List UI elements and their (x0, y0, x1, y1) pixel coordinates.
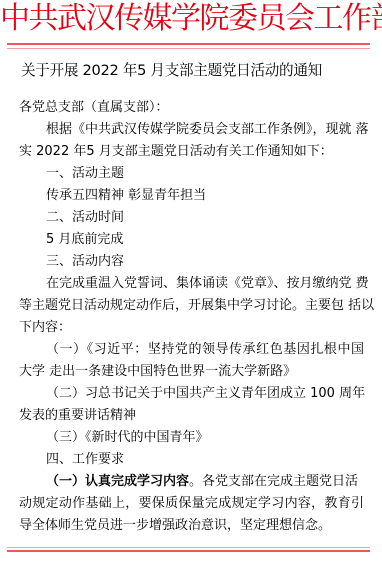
document-body: 各党总支部（直属支部）： 根据《中共武汉传媒学院委员会支部工作条例》，现就 落 … (19, 97, 364, 537)
section-heading-content: 三、活动内容 (19, 251, 364, 273)
content-item-1-line-2: 大学 走出一条建设中国特色世界一流大学新路》 (19, 361, 364, 383)
content-paragraph-line-2: 等主题党日活动规定动作后，开展集中学习讨论。主要包 括以 (19, 295, 364, 317)
intro-line-2: 实 2022 年5 月支部主题党日活动有关工作通知如下： (19, 141, 364, 163)
content-paragraph-line-1: 在完成重温入党誓词、集体诵读《党章》、按月缴纳党 费 (19, 273, 364, 295)
header-rule-thick (7, 43, 370, 45)
requirement-item-1-lead: （一）认真完成学习内容 (46, 474, 189, 489)
footer-rule-thick (7, 550, 370, 552)
requirement-item-1-rest: 。各党支部在完成主题党日活 (189, 474, 358, 489)
section-content-theme: 传承五四精神 彰显青年担当 (19, 185, 364, 207)
content-item-3: （三）《新时代的中国青年》 (19, 427, 364, 449)
requirement-item-1-line-3: 导全体师生党员进一步增强政治意识，坚定理想信念。 (19, 515, 364, 537)
section-heading-requirements: 四、工作要求 (19, 449, 364, 471)
content-paragraph-line-3: 下内容： (19, 317, 364, 339)
content-item-2-line-1: （二）习总书记关于中国共产主义青年团成立 100 周年 (19, 383, 364, 405)
intro-line-1: 根据《中共武汉传媒学院委员会支部工作条例》，现就 落 (19, 119, 364, 141)
section-heading-theme: 一、活动主题 (19, 163, 364, 185)
section-heading-time: 二、活动时间 (19, 207, 364, 229)
requirement-item-1-line-2: 动规定动作基础上，要保质保量完成规定学习内容，教育引 (19, 493, 364, 515)
header-rule-thin (7, 48, 370, 49)
requirement-item-1-line-1: （一）认真完成学习内容。各党支部在完成主题党日活 (19, 471, 364, 493)
content-item-2-line-2: 发表的重要讲话精神 (19, 405, 364, 427)
section-content-time: 5 月底前完成 (19, 229, 364, 251)
footer-rule-thin (7, 547, 370, 548)
document-title: 关于开展 2022 年5 月支部主题党日活动的通知 (21, 61, 322, 81)
content-item-1-line-1: （一）《习近平：坚持党的领导传承红色基因扎根中国 (19, 339, 364, 361)
org-header-title: 中共武汉传媒学院委员会工作部 (0, 2, 382, 36)
salutation: 各党总支部（直属支部）： (19, 97, 364, 119)
